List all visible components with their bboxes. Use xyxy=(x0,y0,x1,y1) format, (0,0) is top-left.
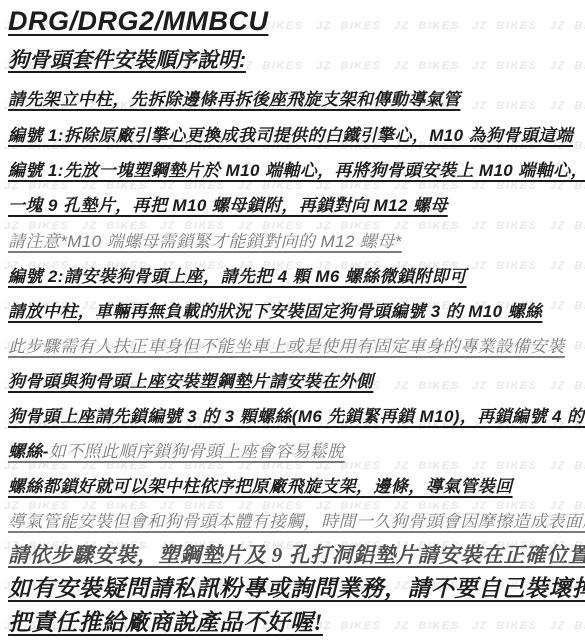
watermark-text: JZ BIKES xyxy=(550,60,585,72)
watermark-text: JZ BIKES xyxy=(238,60,304,72)
watermark-text: JZ BIKES xyxy=(550,620,585,632)
instruction-note-3: 導氣管能安裝但會和狗骨頭本體有接觸，時間一久狗骨頭會因摩擦造成表面磨損 xyxy=(8,507,585,532)
watermark-text: JZ BIKES xyxy=(472,260,538,272)
watermark-text: JZ BIKES xyxy=(394,620,460,632)
watermark-text: JZ BIKES xyxy=(472,380,538,392)
instruction-line-3: 編號 1:先放一塊塑鋼墊片於 M10 端軸心，再將狗骨頭安裝上 M10 端軸心，… xyxy=(8,156,585,181)
watermark-text: JZ BIKES xyxy=(550,300,585,312)
instruction-line-9: 螺絲-如不照此順序鎖狗骨頭上座會容易鬆脫 xyxy=(8,437,345,462)
watermark-text: JZ BIKES xyxy=(472,180,538,192)
line-note: 如不照此順序鎖狗骨頭上座會容易鬆脫 xyxy=(49,442,345,461)
line-prefix: 螺絲- xyxy=(8,442,49,461)
watermark-text: JZ BIKES xyxy=(550,460,585,472)
instruction-line-2: 編號 1:拆除原廠引擎心更換成我司提供的白鐵引擎心，M10 為狗骨頭這端 xyxy=(8,121,573,146)
watermark-text: JZ BIKES xyxy=(394,60,460,72)
watermark-text: JZ BIKES xyxy=(472,460,538,472)
watermark-text: JZ BIKES xyxy=(550,180,585,192)
instruction-line-5: 編號 2:請安裝狗骨頭上座，請先把 4 顆 M6 螺絲微鎖附即可 xyxy=(8,262,467,287)
instruction-line-1: 請先架立中柱，先拆除邊條再拆後座飛旋支架和傳動導氣管 xyxy=(8,85,460,110)
watermark-text: JZ BIKES xyxy=(316,620,382,632)
watermark-text: JZ BIKES xyxy=(472,620,538,632)
watermark-text: JZ BIKES xyxy=(550,380,585,392)
watermark-text: JZ BIKES xyxy=(472,220,538,232)
instruction-line-8: 狗骨頭上座請先鎖編號 3 的 3 顆螺絲(M6 先鎖緊再鎖 M10)，再鎖編號 … xyxy=(8,402,585,427)
page-title: DRG/DRG2/MMBCU xyxy=(8,6,269,37)
watermark-text: JZ BIKES xyxy=(550,220,585,232)
watermark-text: JZ BIKES xyxy=(394,460,460,472)
watermark-text: JZ BIKES xyxy=(550,260,585,272)
instruction-emphasis-3: 把責任推給廠商說產品不好喔! xyxy=(8,604,323,637)
instruction-line-7: 狗骨頭與狗骨頭上座安裝塑鋼墊片請安裝在外側 xyxy=(8,367,373,392)
instruction-emphasis-2: 如有安裝疑問請私訊粉專或詢問業務，請不要自己裝壞掉然後再 xyxy=(8,570,585,603)
instruction-note-1: 請注意*M10 端螺母需鎖緊才能鎖對向的 M12 螺母* xyxy=(8,227,402,252)
watermark-text: JZ BIKES xyxy=(316,20,382,32)
watermark-text: JZ BIKES xyxy=(550,20,585,32)
instruction-line-6: 請放中柱，車輛再無負載的狀況下安裝固定狗骨頭編號 3 的 M10 螺絲 xyxy=(8,297,542,322)
instruction-emphasis-1: 請依步驟安裝，塑鋼墊片及 9 孔打洞鋁墊片請安裝在正確位置 xyxy=(8,539,585,569)
instruction-line-10: 螺絲都鎖好就可以架中柱依序把原廠飛旋支架，邊條，導氣管裝回 xyxy=(8,472,513,497)
watermark-text: JZ BIKES xyxy=(472,20,538,32)
watermark-text: JZ BIKES xyxy=(316,60,382,72)
watermark-text: JZ BIKES xyxy=(550,100,585,112)
watermark-text: JZ BIKES xyxy=(394,380,460,392)
watermark-text: JZ BIKES xyxy=(394,220,460,232)
watermark-text: JZ BIKES xyxy=(472,100,538,112)
page-subtitle: 狗骨頭套件安裝順序說明: xyxy=(8,44,246,74)
instruction-line-4: 一塊 9 孔墊片，再把 M10 螺母鎖附，再鎖對向 M12 螺母 xyxy=(8,191,448,216)
watermark-text: JZ BIKES xyxy=(472,60,538,72)
watermark-text: JZ BIKES xyxy=(394,20,460,32)
instruction-document: JZ BIKESJZ BIKESJZ BIKESJZ BIKESJZ BIKES… xyxy=(0,0,585,640)
instruction-note-2: 此步驟需有人扶正車身但不能坐車上或是使用有固定車身的專業設備安裝 xyxy=(8,332,565,357)
